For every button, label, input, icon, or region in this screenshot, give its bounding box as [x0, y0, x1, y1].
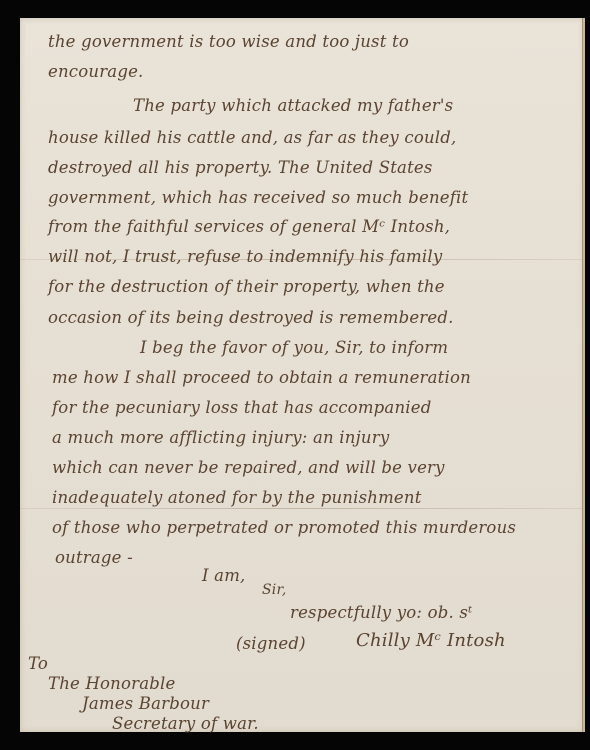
signature: Chilly Mᶜ Intosh [356, 630, 506, 651]
address-title: Secretary of war. [112, 714, 259, 733]
body-line: government, which has received so much b… [48, 188, 468, 207]
body-line: destroyed all his property. The United S… [48, 158, 433, 177]
body-line: which can never be repaired, and will be… [52, 458, 445, 477]
closing-i-am: I am, [202, 566, 246, 585]
body-line: house killed his cattle and, as far as t… [48, 128, 456, 147]
page-edge [582, 18, 585, 732]
body-line: I beg the favor of you, Sir, to inform [140, 338, 448, 357]
body-line: encourage. [48, 62, 144, 81]
body-line: for the pecuniary loss that has accompan… [52, 398, 432, 417]
address-to: To [28, 654, 48, 673]
body-line: for the destruction of their property, w… [48, 277, 445, 296]
signed-note: (signed) [236, 634, 306, 653]
body-line: the government is too wise and too just … [48, 32, 409, 51]
body-line: The party which attacked my father's [133, 96, 453, 115]
body-line: a much more afflicting injury: an injury [52, 428, 389, 447]
address-honorable: The Honorable [48, 674, 175, 693]
body-line: me how I shall proceed to obtain a remun… [52, 368, 471, 387]
body-line: of those who perpetrated or promoted thi… [52, 518, 516, 537]
address-name: James Barbour [82, 694, 209, 713]
closing-respectfully: respectfully yo: ob. sᵗ [290, 603, 472, 622]
body-line: will not, I trust, refuse to indemnify h… [48, 247, 442, 266]
body-line: from the faithful services of general Mᶜ… [48, 217, 450, 236]
closing-sir: Sir, [262, 582, 286, 598]
body-line: outrage - [55, 548, 133, 567]
body-line: inadequately atoned for by the punishmen… [52, 488, 422, 507]
body-line: occasion of its being destroyed is remem… [48, 308, 454, 327]
